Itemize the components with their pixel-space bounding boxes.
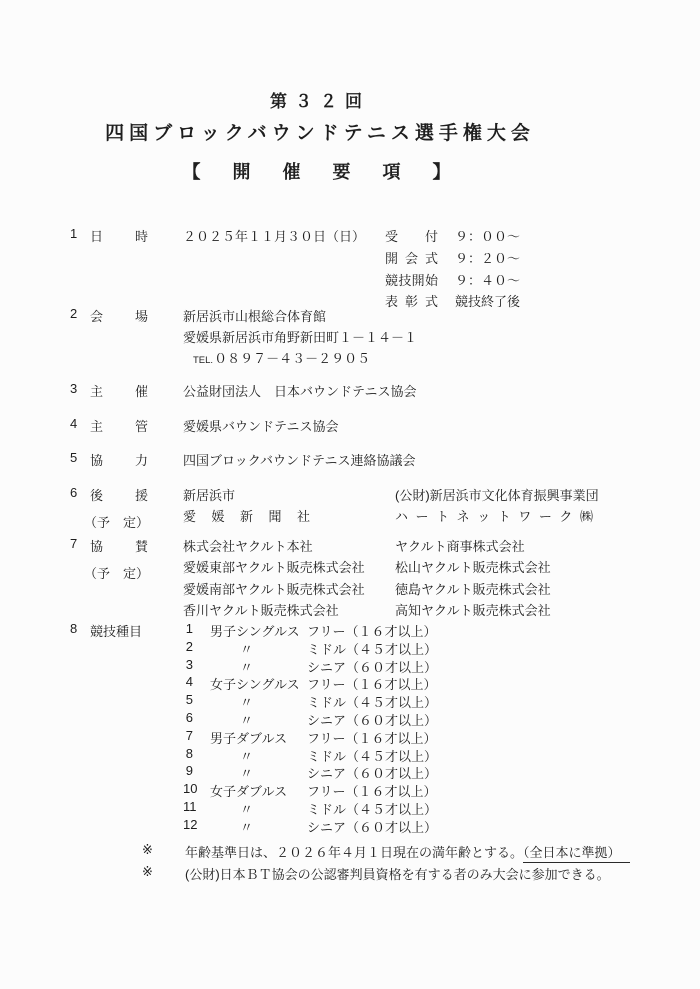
event-type: シニア（６０才以上）: [307, 817, 437, 835]
support-right: (公財)新居浜市文化体育振興事業団: [395, 485, 599, 506]
section-sponsors-sublabel: （予 定）: [84, 563, 183, 582]
sponsor-left: 愛媛東部ヤクルト販売株式会社: [183, 557, 395, 578]
schedule-label: 受 付: [385, 226, 438, 248]
event-type: ミドル（４５才以上）: [307, 746, 437, 764]
ditto-mark: 〃: [210, 710, 305, 728]
sponsor-list: 株式会社ヤクルト本社 ヤクルト商事株式会社 愛媛東部ヤクルト販売株式会社 松山ヤ…: [183, 536, 551, 622]
event-number: 2: [183, 639, 193, 657]
venue-phone: TEL.０８９７－４３－２９０５: [193, 348, 417, 371]
event-category: 男子ダブルス: [210, 728, 305, 746]
support-left: 新居浜市: [183, 485, 395, 506]
title-round-number: 第３２回: [0, 87, 640, 112]
scanned-document-page: 第３２回 四国ブロックバウンドテニス選手権大会 【 開 催 要 項 】 1 日 …: [0, 0, 700, 989]
event-type: シニア（６０才以上）: [307, 710, 437, 728]
management-value: 愛媛県バウンドテニス協会: [183, 416, 338, 435]
section-datetime-label: 日 時: [90, 226, 148, 245]
event-number: 9: [183, 763, 193, 781]
event-row: 9 〃 シニア（６０才以上）: [183, 763, 437, 781]
event-type: ミドル（４５才以上）: [307, 692, 437, 710]
sponsor-row: 香川ヤクルト販売株式会社 高知ヤクルト販売株式会社: [183, 600, 551, 621]
section-venue-number: 2: [70, 306, 90, 321]
event-row: 7 男子ダブルス フリー（１６才以上）: [183, 728, 437, 746]
event-number: 1: [183, 621, 193, 639]
venue-details: 新居浜市山根総合体育館 愛媛県新居浜市角野新田町１－１４－１ TEL.０８９７－…: [183, 306, 417, 371]
tel-prefix: TEL.: [193, 355, 213, 366]
sponsor-right: 高知ヤクルト販売株式会社: [395, 600, 551, 621]
support-row: 新居浜市 (公財)新居浜市文化体育振興事業団: [183, 485, 599, 506]
section-datetime: 1 日 時 ２０２５年１１月３０日（日）: [70, 226, 365, 245]
event-row: 4 女子シングルス フリー（１６才以上）: [183, 674, 437, 692]
section-sponsors-number: 7: [70, 536, 90, 551]
sponsor-left: 香川ヤクルト販売株式会社: [183, 600, 395, 621]
schedule-row-reception: 受 付 ９：００～: [385, 226, 520, 248]
section-support: 6 後 援 （予 定） 新居浜市 (公財)新居浜市文化体育振興事業団 愛 媛 新…: [70, 485, 599, 531]
ditto-mark: 〃: [210, 657, 305, 675]
footnote-age-basis: ※ 年齢基準日は、２０２６年４月１日現在の満年齢とする。（全日本に準拠）: [142, 842, 630, 861]
sponsor-right: 松山ヤクルト販売株式会社: [395, 557, 551, 578]
footnote-text-main: 年齢基準日は、２０２６年４月１日現在の満年齢とする。: [185, 845, 523, 860]
section-support-label: 後 援: [90, 485, 148, 504]
ditto-mark: 〃: [210, 799, 305, 817]
schedule-block: 受 付 ９：００～ 開 会 式 ９：２０～ 競技開始 ９：４０～ 表 彰 式 競…: [385, 226, 520, 313]
event-row: 3 〃 シニア（６０才以上）: [183, 657, 437, 675]
event-type: フリー（１６才以上）: [307, 621, 436, 639]
support-right-text: ハ ー ト ネ ッ ト ワ ー ク ㈱: [395, 506, 593, 525]
section-venue-label: 会 場: [90, 306, 148, 325]
ditto-mark: 〃: [210, 639, 305, 657]
event-row: 2 〃 ミドル（４５才以上）: [183, 639, 437, 657]
section-venue: 2 会 場 新居浜市山根総合体育館 愛媛県新居浜市角野新田町１－１４－１ TEL…: [70, 306, 417, 371]
sponsor-right: 徳島ヤクルト販売株式会社: [395, 579, 551, 600]
schedule-label: 競技開始: [385, 270, 438, 292]
organizer-value: 公益財団法人 日本バウンドテニス協会: [183, 381, 416, 400]
support-left: 愛 媛 新 聞 社: [183, 506, 395, 527]
event-number: 5: [183, 692, 193, 710]
section-management-number: 4: [70, 416, 90, 431]
event-type: フリー（１６才以上）: [307, 781, 436, 799]
support-left-text: 愛 媛 新 聞 社: [183, 506, 310, 525]
event-row: 1 男子シングルス フリー（１６才以上）: [183, 621, 437, 639]
section-support-sublabel: （予 定）: [84, 512, 183, 531]
section-organizer-label: 主 催: [90, 381, 148, 400]
event-type: フリー（１６才以上）: [307, 674, 436, 692]
event-type: シニア（６０才以上）: [307, 657, 437, 675]
event-number: 12: [183, 817, 193, 835]
event-category: 男子シングルス: [210, 621, 305, 639]
footnote-referee-qualification: ※ (公財)日本ＢＴ協会の公認審判員資格を有する者のみ大会に参加できる。: [142, 864, 610, 883]
section-sponsors-label: 協 賛: [90, 536, 148, 555]
event-number: 7: [183, 728, 193, 746]
event-row: 5 〃 ミドル（４５才以上）: [183, 692, 437, 710]
sponsor-row: 株式会社ヤクルト本社 ヤクルト商事株式会社: [183, 536, 551, 557]
event-type: ミドル（４５才以上）: [307, 639, 437, 657]
sponsor-row: 愛媛南部ヤクルト販売株式会社 徳島ヤクルト販売株式会社: [183, 579, 551, 600]
support-row: 愛 媛 新 聞 社 ハ ー ト ネ ッ ト ワ ー ク ㈱: [183, 506, 599, 527]
sponsor-row: 愛媛東部ヤクルト販売株式会社 松山ヤクルト販売株式会社: [183, 557, 551, 578]
event-number: 11: [183, 799, 193, 817]
footnote-marker: ※: [142, 864, 185, 883]
support-right: ハ ー ト ネ ッ ト ワ ー ク ㈱: [395, 506, 593, 527]
ditto-mark: 〃: [210, 746, 305, 764]
event-row: 6 〃 シニア（６０才以上）: [183, 710, 437, 728]
schedule-time: ９：４０～: [455, 270, 520, 292]
event-row: 8 〃 ミドル（４５才以上）: [183, 746, 437, 764]
title-tournament-name: 四国ブロックバウンドテニス選手権大会: [0, 118, 640, 145]
sponsor-left: 愛媛南部ヤクルト販売株式会社: [183, 579, 395, 600]
section-events-label: 競技種目: [90, 621, 142, 640]
section-support-number: 6: [70, 485, 90, 500]
event-list: 1 男子シングルス フリー（１６才以上） 2 〃 ミドル（４５才以上） 3 〃 …: [183, 621, 437, 835]
title-kaisai-yoko: 【 開 催 要 項 】: [0, 158, 640, 184]
sponsor-right: ヤクルト商事株式会社: [395, 536, 525, 557]
section-organizer: 3 主 催 公益財団法人 日本バウンドテニス協会: [70, 381, 416, 400]
event-type: ミドル（４５才以上）: [307, 799, 437, 817]
section-cooperation: 5 協 力 四国ブロックバウンドテニス連絡協議会: [70, 450, 415, 469]
event-number: 6: [183, 710, 193, 728]
event-category: 女子ダブルス: [210, 781, 305, 799]
schedule-row-opening: 開 会 式 ９：２０～: [385, 248, 520, 270]
event-type: フリー（１６才以上）: [307, 728, 436, 746]
section-sponsors: 7 協 賛 （予 定） 株式会社ヤクルト本社 ヤクルト商事株式会社 愛媛東部ヤク…: [70, 536, 551, 622]
event-type: シニア（６０才以上）: [307, 763, 437, 781]
cooperation-value: 四国ブロックバウンドテニス連絡協議会: [183, 450, 415, 469]
section-datetime-number: 1: [70, 226, 90, 241]
ditto-mark: 〃: [210, 763, 305, 781]
ditto-mark: 〃: [210, 817, 305, 835]
section-cooperation-label: 協 力: [90, 450, 148, 469]
event-number: 8: [183, 746, 193, 764]
sponsor-left: 株式会社ヤクルト本社: [183, 536, 395, 557]
section-organizer-number: 3: [70, 381, 90, 396]
support-list: 新居浜市 (公財)新居浜市文化体育振興事業団 愛 媛 新 聞 社 ハ ー ト ネ…: [183, 485, 599, 528]
footnote-text: 年齢基準日は、２０２６年４月１日現在の満年齢とする。（全日本に準拠）: [185, 842, 630, 861]
schedule-label: 開 会 式: [385, 248, 438, 270]
venue-name: 新居浜市山根総合体育館: [183, 306, 417, 327]
section-management-label: 主 管: [90, 416, 148, 435]
event-date: ２０２５年１１月３０日（日）: [183, 226, 365, 245]
event-category: 女子シングルス: [210, 674, 305, 692]
section-events-number: 8: [70, 621, 90, 636]
event-number: 3: [183, 657, 193, 675]
ditto-mark: 〃: [210, 692, 305, 710]
schedule-time: 競技終了後: [455, 291, 520, 313]
schedule-time: ９：２０～: [455, 248, 520, 270]
event-row: 11 〃 ミドル（４５才以上）: [183, 799, 437, 817]
event-number: 4: [183, 674, 193, 692]
section-management: 4 主 管 愛媛県バウンドテニス協会: [70, 416, 338, 435]
section-events: 8 競技種目 1 男子シングルス フリー（１６才以上） 2 〃 ミドル（４５才以…: [70, 621, 437, 835]
schedule-row-match-start: 競技開始 ９：４０～: [385, 270, 520, 292]
venue-address: 愛媛県新居浜市角野新田町１－１４－１: [183, 327, 417, 348]
event-row: 12 〃 シニア（６０才以上）: [183, 817, 437, 835]
footnote-text: (公財)日本ＢＴ協会の公認審判員資格を有する者のみ大会に参加できる。: [185, 864, 610, 883]
footnote-marker: ※: [142, 842, 185, 861]
section-cooperation-number: 5: [70, 450, 90, 465]
tel-number: ０８９７－４３－２９０５: [214, 351, 370, 366]
schedule-time: ９：００～: [455, 226, 520, 248]
event-row: 10 女子ダブルス フリー（１６才以上）: [183, 781, 437, 799]
footnote-underlined-text: （全日本に準拠）: [523, 845, 630, 863]
event-number: 10: [183, 781, 193, 799]
